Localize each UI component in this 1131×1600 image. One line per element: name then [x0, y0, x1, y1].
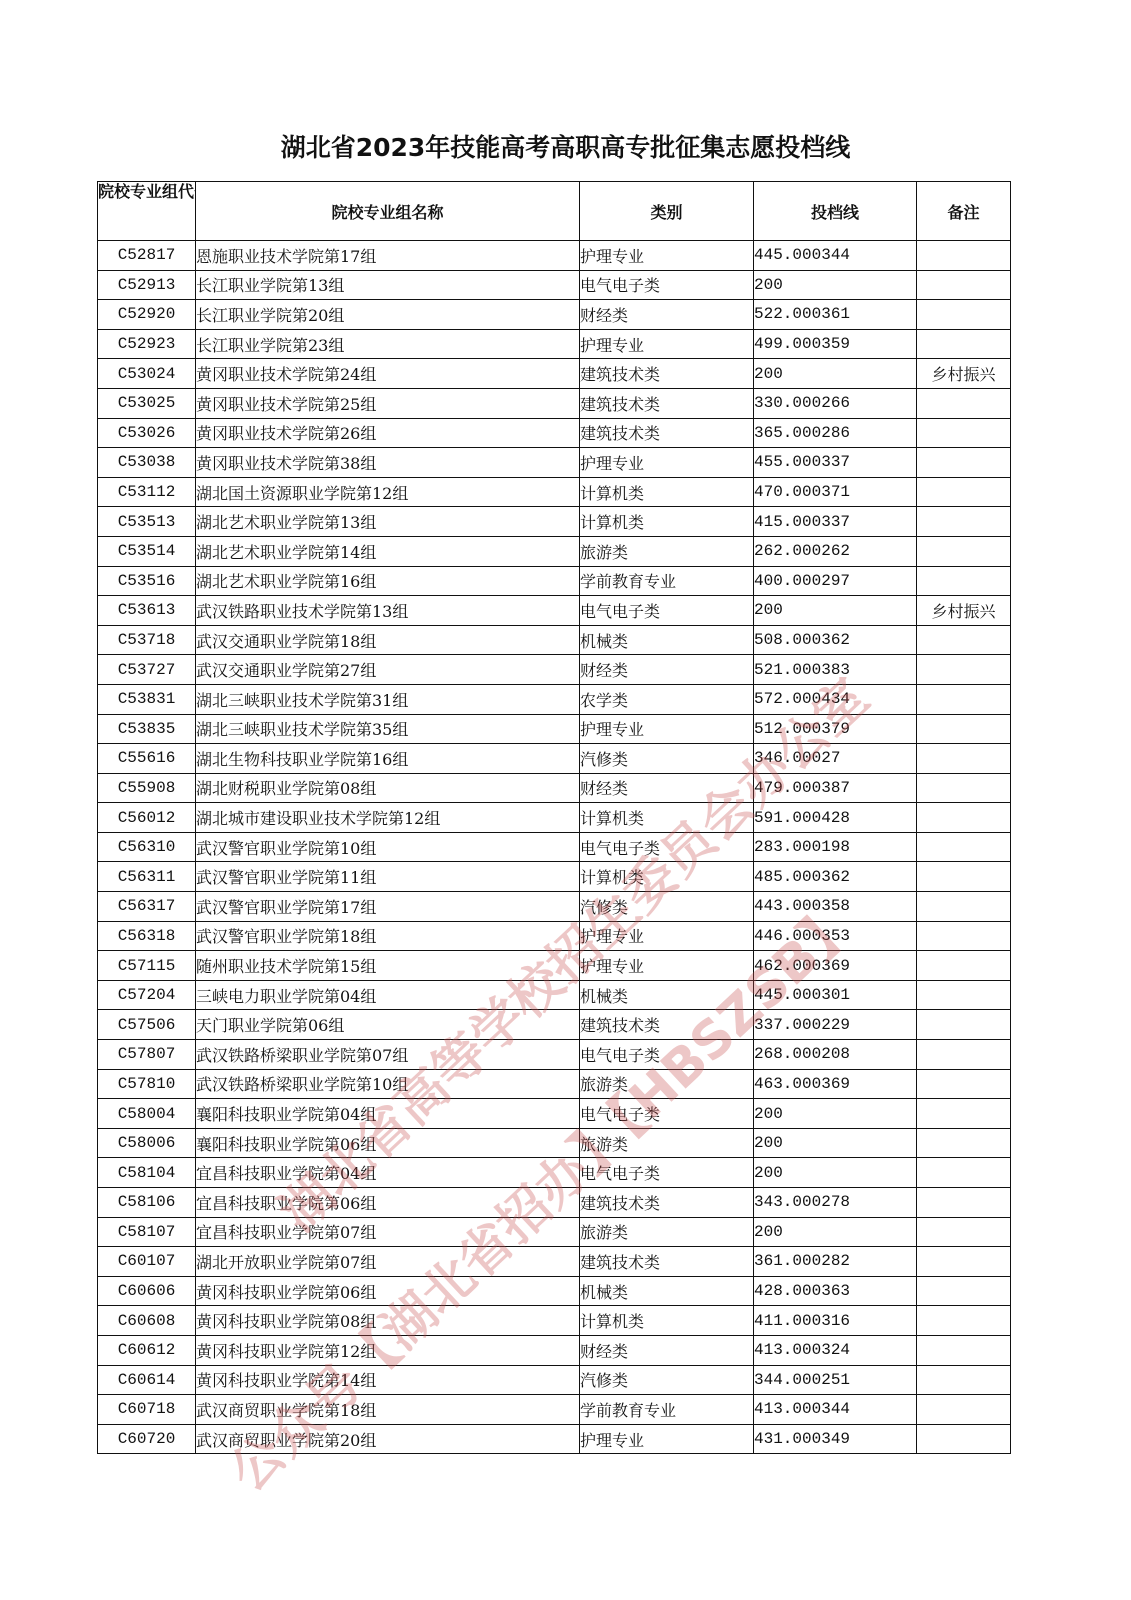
- table-row: C56318武汉警官职业学院第18组护理专业446.000353: [98, 921, 1011, 951]
- cell-score: 512.000379: [754, 714, 917, 744]
- table-row: C56317武汉警官职业学院第17组汽修类443.000358: [98, 892, 1011, 922]
- cell-note: [917, 388, 1011, 418]
- cell-note: [917, 329, 1011, 359]
- cell-category: 护理专业: [580, 329, 754, 359]
- cell-name: 天门职业学院第06组: [196, 1010, 580, 1040]
- cell-note: [917, 832, 1011, 862]
- cell-name: 武汉交通职业学院第27组: [196, 655, 580, 685]
- cell-score: 200: [754, 596, 917, 626]
- table-body: C52817恩施职业技术学院第17组护理专业445.000344C52913长江…: [98, 241, 1011, 1454]
- table-row: C53516湖北艺术职业学院第16组学前教育专业400.000297: [98, 566, 1011, 596]
- cell-name: 长江职业学院第13组: [196, 270, 580, 300]
- cell-score: 200: [754, 359, 917, 389]
- table-row: C52913长江职业学院第13组电气电子类200: [98, 270, 1011, 300]
- cell-category: 建筑技术类: [580, 1188, 754, 1218]
- cell-score: 479.000387: [754, 773, 917, 803]
- cell-code: C53718: [98, 625, 196, 655]
- cell-category: 旅游类: [580, 1128, 754, 1158]
- cell-code: C60720: [98, 1424, 196, 1454]
- cell-note: [917, 1188, 1011, 1218]
- cell-note: [917, 1128, 1011, 1158]
- cell-score: 330.000266: [754, 388, 917, 418]
- cell-name: 武汉铁路职业技术学院第13组: [196, 596, 580, 626]
- table-header-row: 院校专业组代号 院校专业组名称 类别 投档线 备注: [98, 182, 1011, 241]
- table-row: C52817恩施职业技术学院第17组护理专业445.000344: [98, 241, 1011, 271]
- cell-note: [917, 714, 1011, 744]
- cell-score: 415.000337: [754, 507, 917, 537]
- cell-score: 400.000297: [754, 566, 917, 596]
- table-row: C53613武汉铁路职业技术学院第13组电气电子类200乡村振兴: [98, 596, 1011, 626]
- table-row: C58004襄阳科技职业学院第04组电气电子类200: [98, 1099, 1011, 1129]
- header-note: 备注: [917, 182, 1011, 241]
- table-row: C53025黄冈职业技术学院第25组建筑技术类330.000266: [98, 388, 1011, 418]
- cell-note: [917, 655, 1011, 685]
- cell-code: C53112: [98, 477, 196, 507]
- cell-code: C53727: [98, 655, 196, 685]
- cell-name: 三峡电力职业学院第04组: [196, 980, 580, 1010]
- cell-note: [917, 980, 1011, 1010]
- cell-code: C53513: [98, 507, 196, 537]
- cell-score: 508.000362: [754, 625, 917, 655]
- cell-code: C56318: [98, 921, 196, 951]
- cell-note: [917, 300, 1011, 330]
- cell-note: [917, 1040, 1011, 1070]
- cell-note: [917, 1158, 1011, 1188]
- cell-name: 宜昌科技职业学院第04组: [196, 1158, 580, 1188]
- cell-category: 计算机类: [580, 862, 754, 892]
- cell-name: 长江职业学院第23组: [196, 329, 580, 359]
- cell-category: 财经类: [580, 773, 754, 803]
- cell-note: [917, 1010, 1011, 1040]
- cell-category: 护理专业: [580, 448, 754, 478]
- cell-score: 200: [754, 1217, 917, 1247]
- cell-code: C53831: [98, 684, 196, 714]
- cell-code: C56311: [98, 862, 196, 892]
- cell-name: 襄阳科技职业学院第04组: [196, 1099, 580, 1129]
- cell-score: 337.000229: [754, 1010, 917, 1040]
- cell-score: 361.000282: [754, 1247, 917, 1277]
- cell-code: C52920: [98, 300, 196, 330]
- cell-category: 农学类: [580, 684, 754, 714]
- cell-note: [917, 477, 1011, 507]
- cell-code: C60606: [98, 1276, 196, 1306]
- cell-score: 445.000344: [754, 241, 917, 271]
- cell-category: 计算机类: [580, 1306, 754, 1336]
- table-row: C53831湖北三峡职业技术学院第31组农学类572.000434: [98, 684, 1011, 714]
- cell-category: 护理专业: [580, 951, 754, 981]
- cell-category: 机械类: [580, 980, 754, 1010]
- cell-note: 乡村振兴: [917, 359, 1011, 389]
- cell-note: [917, 625, 1011, 655]
- cell-category: 旅游类: [580, 1217, 754, 1247]
- cell-category: 学前教育专业: [580, 1395, 754, 1425]
- cell-name: 武汉商贸职业学院第18组: [196, 1395, 580, 1425]
- cell-note: [917, 536, 1011, 566]
- cell-name: 湖北艺术职业学院第16组: [196, 566, 580, 596]
- cell-name: 长江职业学院第20组: [196, 300, 580, 330]
- cell-note: [917, 448, 1011, 478]
- cell-category: 机械类: [580, 625, 754, 655]
- header-name: 院校专业组名称: [196, 182, 580, 241]
- cell-note: [917, 803, 1011, 833]
- cell-code: C57810: [98, 1069, 196, 1099]
- cell-name: 武汉警官职业学院第18组: [196, 921, 580, 951]
- cell-name: 宜昌科技职业学院第06组: [196, 1188, 580, 1218]
- cell-name: 武汉交通职业学院第18组: [196, 625, 580, 655]
- table-row: C58107宜昌科技职业学院第07组旅游类200: [98, 1217, 1011, 1247]
- cell-score: 344.000251: [754, 1365, 917, 1395]
- cell-category: 计算机类: [580, 477, 754, 507]
- cell-category: 电气电子类: [580, 270, 754, 300]
- cell-score: 431.000349: [754, 1424, 917, 1454]
- cell-name: 黄冈职业技术学院第38组: [196, 448, 580, 478]
- cell-name: 湖北城市建设职业技术学院第12组: [196, 803, 580, 833]
- cell-category: 护理专业: [580, 921, 754, 951]
- cell-category: 建筑技术类: [580, 359, 754, 389]
- cell-score: 365.000286: [754, 418, 917, 448]
- cell-code: C52913: [98, 270, 196, 300]
- cell-name: 湖北生物科技职业学院第16组: [196, 744, 580, 774]
- cell-code: C52923: [98, 329, 196, 359]
- cell-score: 283.000198: [754, 832, 917, 862]
- cell-code: C53038: [98, 448, 196, 478]
- cell-name: 黄冈职业技术学院第25组: [196, 388, 580, 418]
- cell-name: 武汉铁路桥梁职业学院第07组: [196, 1040, 580, 1070]
- cell-score: 446.000353: [754, 921, 917, 951]
- cell-category: 护理专业: [580, 1424, 754, 1454]
- cell-score: 522.000361: [754, 300, 917, 330]
- cell-score: 200: [754, 1158, 917, 1188]
- cell-code: C60107: [98, 1247, 196, 1277]
- cell-score: 499.000359: [754, 329, 917, 359]
- cell-category: 建筑技术类: [580, 388, 754, 418]
- cell-category: 电气电子类: [580, 1158, 754, 1188]
- cell-score: 470.000371: [754, 477, 917, 507]
- cell-note: [917, 1395, 1011, 1425]
- cell-note: [917, 270, 1011, 300]
- table-row: C57810武汉铁路桥梁职业学院第10组旅游类463.000369: [98, 1069, 1011, 1099]
- cell-score: 413.000324: [754, 1335, 917, 1365]
- table-row: C60718武汉商贸职业学院第18组学前教育专业413.000344: [98, 1395, 1011, 1425]
- cell-score: 463.000369: [754, 1069, 917, 1099]
- table-row: C57115随州职业技术学院第15组护理专业462.000369: [98, 951, 1011, 981]
- table-row: C58006襄阳科技职业学院第06组旅游类200: [98, 1128, 1011, 1158]
- cell-note: [917, 1099, 1011, 1129]
- cell-note: [917, 1306, 1011, 1336]
- document-title: 湖北省2023年技能高考高职高专批征集志愿投档线: [0, 128, 1131, 164]
- cell-score: 200: [754, 270, 917, 300]
- cell-note: [917, 507, 1011, 537]
- table-row: C53112湖北国土资源职业学院第12组计算机类470.000371: [98, 477, 1011, 507]
- cell-code: C58006: [98, 1128, 196, 1158]
- cell-category: 电气电子类: [580, 1099, 754, 1129]
- table-row: C58106宜昌科技职业学院第06组建筑技术类343.000278: [98, 1188, 1011, 1218]
- cell-category: 建筑技术类: [580, 1247, 754, 1277]
- cell-code: C57506: [98, 1010, 196, 1040]
- cell-score: 343.000278: [754, 1188, 917, 1218]
- cell-score: 346.00027: [754, 744, 917, 774]
- cell-name: 湖北艺术职业学院第14组: [196, 536, 580, 566]
- cell-name: 武汉警官职业学院第10组: [196, 832, 580, 862]
- cell-score: 262.000262: [754, 536, 917, 566]
- cell-name: 湖北国土资源职业学院第12组: [196, 477, 580, 507]
- cell-name: 湖北艺术职业学院第13组: [196, 507, 580, 537]
- cell-name: 武汉警官职业学院第17组: [196, 892, 580, 922]
- cell-note: 乡村振兴: [917, 596, 1011, 626]
- cell-category: 计算机类: [580, 507, 754, 537]
- table-row: C57204三峡电力职业学院第04组机械类445.000301: [98, 980, 1011, 1010]
- cell-score: 411.000316: [754, 1306, 917, 1336]
- cell-code: C58104: [98, 1158, 196, 1188]
- cell-category: 机械类: [580, 1276, 754, 1306]
- table-row: C56012湖北城市建设职业技术学院第12组计算机类591.000428: [98, 803, 1011, 833]
- table-row: C56311武汉警官职业学院第11组计算机类485.000362: [98, 862, 1011, 892]
- table-row: C55908湖北财税职业学院第08组财经类479.000387: [98, 773, 1011, 803]
- cell-code: C53613: [98, 596, 196, 626]
- table-row: C60720武汉商贸职业学院第20组护理专业431.000349: [98, 1424, 1011, 1454]
- cell-code: C56310: [98, 832, 196, 862]
- cell-category: 财经类: [580, 1335, 754, 1365]
- cell-note: [917, 862, 1011, 892]
- cell-score: 268.000208: [754, 1040, 917, 1070]
- cell-score: 200: [754, 1099, 917, 1129]
- cell-code: C55616: [98, 744, 196, 774]
- cell-code: C60612: [98, 1335, 196, 1365]
- cell-name: 黄冈科技职业学院第12组: [196, 1335, 580, 1365]
- table-row: C57506天门职业学院第06组建筑技术类337.000229: [98, 1010, 1011, 1040]
- table-row: C53718武汉交通职业学院第18组机械类508.000362: [98, 625, 1011, 655]
- cell-note: [917, 566, 1011, 596]
- table-row: C58104宜昌科技职业学院第04组电气电子类200: [98, 1158, 1011, 1188]
- table-row: C53513湖北艺术职业学院第13组计算机类415.000337: [98, 507, 1011, 537]
- cell-category: 汽修类: [580, 1365, 754, 1395]
- table-row: C56310武汉警官职业学院第10组电气电子类283.000198: [98, 832, 1011, 862]
- cell-category: 电气电子类: [580, 832, 754, 862]
- cell-score: 485.000362: [754, 862, 917, 892]
- cell-category: 建筑技术类: [580, 418, 754, 448]
- header-category: 类别: [580, 182, 754, 241]
- cell-code: C56317: [98, 892, 196, 922]
- cell-name: 随州职业技术学院第15组: [196, 951, 580, 981]
- cell-score: 443.000358: [754, 892, 917, 922]
- cell-code: C60608: [98, 1306, 196, 1336]
- cell-code: C57807: [98, 1040, 196, 1070]
- cell-code: C53024: [98, 359, 196, 389]
- cell-code: C53026: [98, 418, 196, 448]
- cell-name: 黄冈科技职业学院第08组: [196, 1306, 580, 1336]
- cell-name: 恩施职业技术学院第17组: [196, 241, 580, 271]
- cell-code: C52817: [98, 241, 196, 271]
- cell-score: 591.000428: [754, 803, 917, 833]
- cell-category: 旅游类: [580, 1069, 754, 1099]
- cell-name: 武汉警官职业学院第11组: [196, 862, 580, 892]
- cell-code: C53835: [98, 714, 196, 744]
- cell-score: 200: [754, 1128, 917, 1158]
- cell-category: 旅游类: [580, 536, 754, 566]
- cell-note: [917, 921, 1011, 951]
- cell-score: 521.000383: [754, 655, 917, 685]
- cell-name: 湖北开放职业学院第07组: [196, 1247, 580, 1277]
- cell-category: 学前教育专业: [580, 566, 754, 596]
- cell-category: 汽修类: [580, 892, 754, 922]
- cell-note: [917, 773, 1011, 803]
- cell-note: [917, 951, 1011, 981]
- cell-name: 黄冈科技职业学院第06组: [196, 1276, 580, 1306]
- table-row: C60612黄冈科技职业学院第12组财经类413.000324: [98, 1335, 1011, 1365]
- cell-category: 汽修类: [580, 744, 754, 774]
- cell-name: 黄冈职业技术学院第26组: [196, 418, 580, 448]
- cell-name: 湖北财税职业学院第08组: [196, 773, 580, 803]
- cell-note: [917, 1217, 1011, 1247]
- cell-note: [917, 418, 1011, 448]
- table-row: C52920长江职业学院第20组财经类522.000361: [98, 300, 1011, 330]
- cell-name: 黄冈职业技术学院第24组: [196, 359, 580, 389]
- cell-score: 455.000337: [754, 448, 917, 478]
- cell-code: C60718: [98, 1395, 196, 1425]
- table-row: C60107湖北开放职业学院第07组建筑技术类361.000282: [98, 1247, 1011, 1277]
- table-row: C60608黄冈科技职业学院第08组计算机类411.000316: [98, 1306, 1011, 1336]
- cell-code: C53025: [98, 388, 196, 418]
- cell-code: C55908: [98, 773, 196, 803]
- cell-note: [917, 684, 1011, 714]
- header-score: 投档线: [754, 182, 917, 241]
- cell-category: 护理专业: [580, 714, 754, 744]
- cell-code: C56012: [98, 803, 196, 833]
- table-row: C53038黄冈职业技术学院第38组护理专业455.000337: [98, 448, 1011, 478]
- admission-score-table: 院校专业组代号 院校专业组名称 类别 投档线 备注 C52817恩施职业技术学院…: [97, 181, 1011, 1454]
- cell-name: 武汉铁路桥梁职业学院第10组: [196, 1069, 580, 1099]
- cell-category: 电气电子类: [580, 1040, 754, 1070]
- table-row: C53026黄冈职业技术学院第26组建筑技术类365.000286: [98, 418, 1011, 448]
- cell-code: C58004: [98, 1099, 196, 1129]
- cell-score: 462.000369: [754, 951, 917, 981]
- cell-name: 襄阳科技职业学院第06组: [196, 1128, 580, 1158]
- cell-name: 黄冈科技职业学院第14组: [196, 1365, 580, 1395]
- cell-category: 计算机类: [580, 803, 754, 833]
- table-row: C55616湖北生物科技职业学院第16组汽修类346.00027: [98, 744, 1011, 774]
- table-row: C57807武汉铁路桥梁职业学院第07组电气电子类268.000208: [98, 1040, 1011, 1070]
- cell-note: [917, 1335, 1011, 1365]
- table-row: C60614黄冈科技职业学院第14组汽修类344.000251: [98, 1365, 1011, 1395]
- cell-score: 428.000363: [754, 1276, 917, 1306]
- cell-note: [917, 1276, 1011, 1306]
- cell-note: [917, 892, 1011, 922]
- cell-code: C60614: [98, 1365, 196, 1395]
- cell-note: [917, 1424, 1011, 1454]
- table-row: C53024黄冈职业技术学院第24组建筑技术类200乡村振兴: [98, 359, 1011, 389]
- table-row: C53514湖北艺术职业学院第14组旅游类262.000262: [98, 536, 1011, 566]
- cell-category: 财经类: [580, 655, 754, 685]
- table-row: C52923长江职业学院第23组护理专业499.000359: [98, 329, 1011, 359]
- cell-note: [917, 744, 1011, 774]
- header-code: 院校专业组代号: [98, 182, 196, 241]
- cell-code: C53516: [98, 566, 196, 596]
- cell-category: 护理专业: [580, 241, 754, 271]
- cell-note: [917, 241, 1011, 271]
- cell-score: 445.000301: [754, 980, 917, 1010]
- cell-category: 建筑技术类: [580, 1010, 754, 1040]
- cell-category: 电气电子类: [580, 596, 754, 626]
- cell-code: C58107: [98, 1217, 196, 1247]
- cell-name: 宜昌科技职业学院第07组: [196, 1217, 580, 1247]
- cell-name: 湖北三峡职业技术学院第31组: [196, 684, 580, 714]
- cell-name: 武汉商贸职业学院第20组: [196, 1424, 580, 1454]
- cell-score: 572.000434: [754, 684, 917, 714]
- cell-score: 413.000344: [754, 1395, 917, 1425]
- cell-category: 财经类: [580, 300, 754, 330]
- cell-note: [917, 1365, 1011, 1395]
- table-row: C53835湖北三峡职业技术学院第35组护理专业512.000379: [98, 714, 1011, 744]
- table-row: C60606黄冈科技职业学院第06组机械类428.000363: [98, 1276, 1011, 1306]
- cell-note: [917, 1247, 1011, 1277]
- cell-code: C57204: [98, 980, 196, 1010]
- cell-code: C53514: [98, 536, 196, 566]
- cell-note: [917, 1069, 1011, 1099]
- cell-code: C58106: [98, 1188, 196, 1218]
- table-row: C53727武汉交通职业学院第27组财经类521.000383: [98, 655, 1011, 685]
- cell-name: 湖北三峡职业技术学院第35组: [196, 714, 580, 744]
- cell-code: C57115: [98, 951, 196, 981]
